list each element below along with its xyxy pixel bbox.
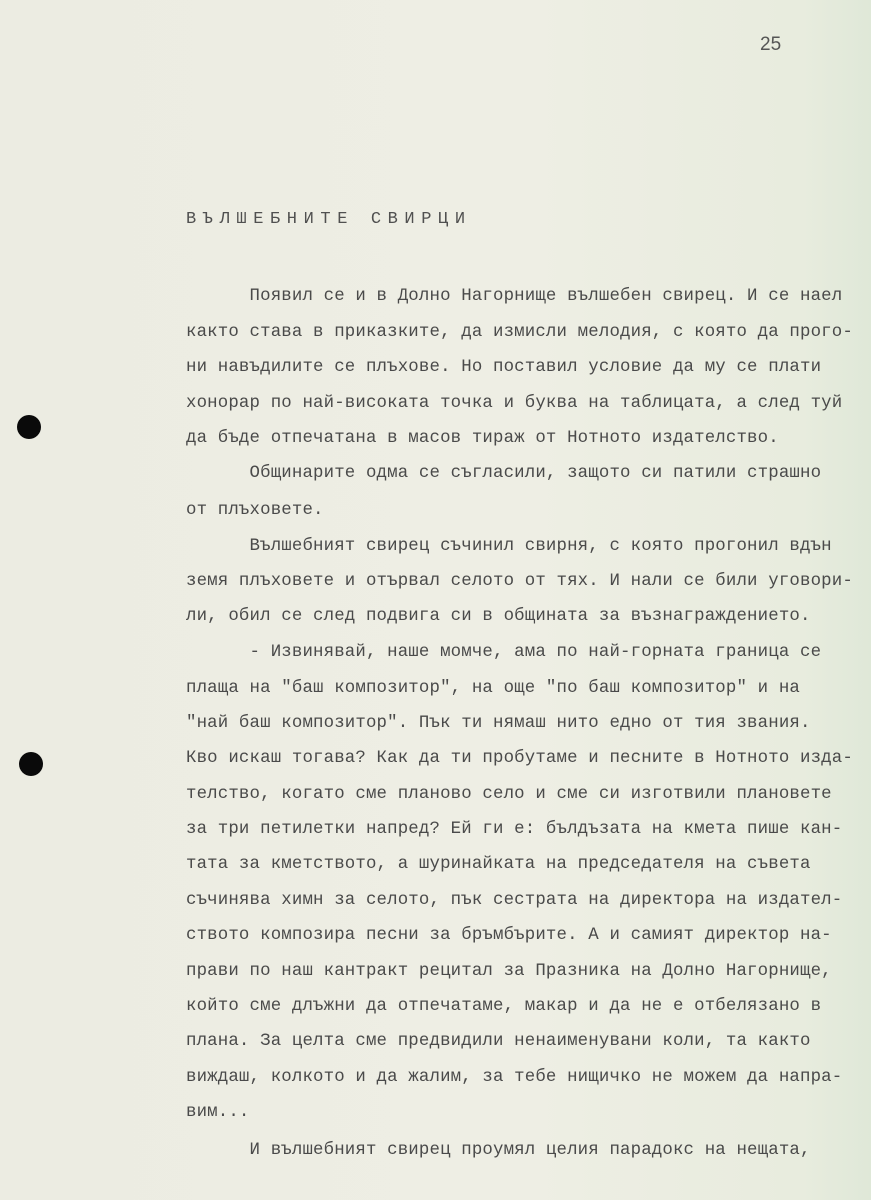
text-line: вим... — [186, 1103, 250, 1122]
text-line: хонорар по най-високата точка и буква на… — [186, 394, 842, 413]
text-line: Общинарите одма се съгласили, защото си … — [186, 464, 821, 483]
text-line: Кво искаш тогава? Как да ти пробутаме и … — [186, 749, 853, 768]
text-line: плана. За целта сме предвидили ненаимену… — [186, 1032, 811, 1051]
text-line: плаща на "баш композитор", на още "по ба… — [186, 679, 800, 698]
text-line: виждаш, колкото и да жалим, за тебе нищи… — [186, 1068, 842, 1087]
typewritten-page: 25 ВЪЛШЕБНИТЕ СВИРЦИ Появил се и в Долно… — [0, 0, 871, 1200]
text-line: И вълшебният свирец проумял целия парадо… — [186, 1141, 811, 1160]
text-line: да бъде отпечатана в масов тираж от Нотн… — [186, 429, 779, 448]
text-line: ли, обил се след подвига си в общината з… — [186, 607, 811, 626]
text-line: ни навъдилите се плъхове. Но поставил ус… — [186, 358, 821, 377]
text-line: Появил се и в Долно Нагорнище вълшебен с… — [186, 287, 842, 306]
text-line: прави по наш кантракт рецитал за Празник… — [186, 962, 832, 981]
punch-hole — [19, 752, 43, 776]
text-line: за три петилетки напред? Ей ги е: бълдъз… — [186, 820, 842, 839]
text-line: телство, когато сме планово село и сме с… — [186, 785, 832, 804]
text-line: Вълшебният свирец съчинил свирня, с коят… — [186, 537, 832, 556]
story-title: ВЪЛШЕБНИТЕ СВИРЦИ — [186, 210, 472, 229]
text-line: съчинява химн за селото, пък сестрата на… — [186, 891, 842, 910]
text-line: тата за кметството, а шуринайката на пре… — [186, 855, 811, 874]
punch-hole — [17, 415, 41, 439]
page-number: 25 — [760, 34, 781, 56]
text-line: както става в приказките, да измисли мел… — [186, 323, 853, 342]
text-line: ството композира песни за бръмбърите. А … — [186, 926, 832, 945]
text-line: от плъховете. — [186, 501, 324, 520]
text-line: "най баш композитор". Пък ти нямаш нито … — [186, 714, 811, 733]
text-line: - Извинявай, наше момче, ама по най-горн… — [186, 643, 821, 662]
text-line: който сме длъжни да отпечатаме, макар и … — [186, 997, 821, 1016]
text-line: земя плъховете и отървал селото от тях. … — [186, 572, 853, 591]
